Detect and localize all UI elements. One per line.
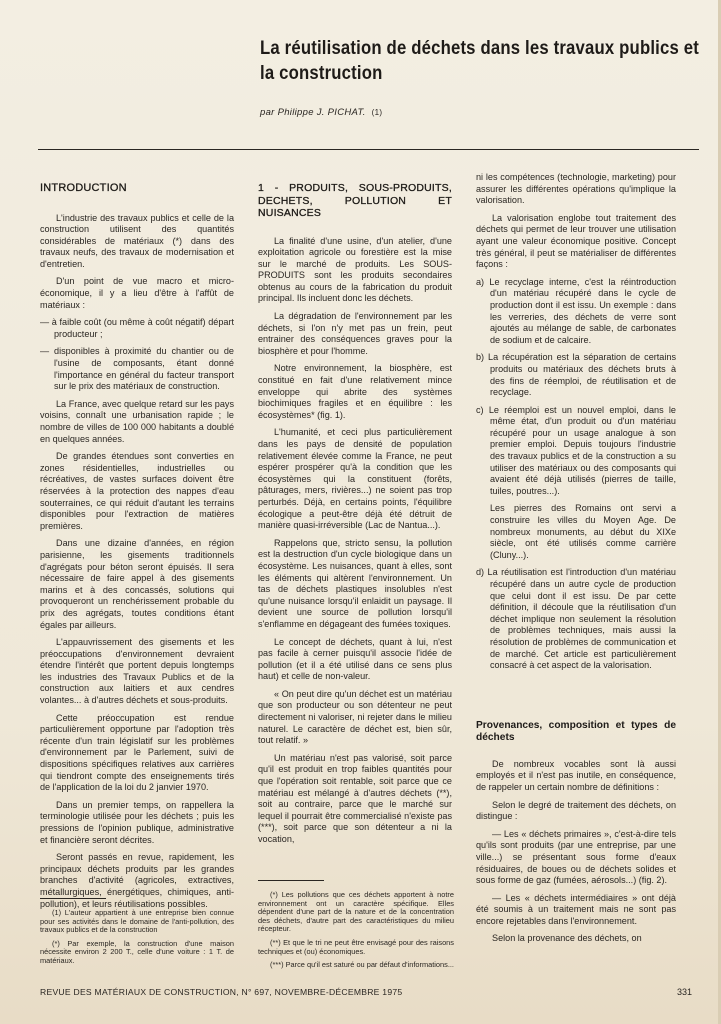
list-item: — disponibles à proximité du chantier ou… [40,346,234,392]
list-item: c) Le réemploi est un nouvel emploi, dan… [476,405,676,498]
paragraph: — Les « déchets intermédiaires » ont déj… [476,893,676,928]
footnote-divider [40,898,106,899]
paragraph: La dégradation de l'environnement par le… [258,311,452,357]
list-item: d) La réutilisation est l'introduction d… [476,567,676,671]
paragraph: L'industrie des travaux publics et celle… [40,213,234,271]
article-byline: par Philippe J. PICHAT.(1) [260,107,382,118]
paragraph: La valorisation englobe tout traitement … [476,213,676,271]
paragraph: Les pierres des Romains ont servi a cons… [490,503,676,561]
paragraph: Dans une dizaine d'années, en région par… [40,538,234,631]
paragraph: ni les compétences (technologie, marketi… [476,172,676,207]
author-footnote-ref: (1) [372,108,383,117]
paragraph: L'appauvrissement des gisements et les p… [40,637,234,707]
list-item: a) Le recyclage interne, c'est la réintr… [476,277,676,347]
paragraph: La France, avec quelque retard sur les p… [40,399,234,445]
footnotes-column-1: (1) L'auteur appartient à une entreprise… [40,898,234,971]
paragraph: La finalité d'une usine, d'un atelier, d… [258,236,452,306]
paragraph: — Les « déchets primaires », c'est-à-dir… [476,829,676,887]
list-item: b) La récupération est la séparation de … [476,352,676,398]
paragraph: Selon la provenance des déchets, on [476,933,676,945]
document-page: La réutilisation de déchets dans les tra… [0,0,721,1024]
section-heading-produits: 1 - PRODUITS, SOUS-PRODUITS, DECHETS, PO… [258,182,452,220]
article-title: La réutilisation de déchets dans les tra… [260,36,700,86]
subsection-heading-provenances: Provenances, composition et types de déc… [476,720,676,745]
footnotes-column-2: (*) Les pollutions que ces déchets appor… [258,880,454,975]
paragraph: Dans un premier temps, on rappellera la … [40,800,234,846]
footnote: (1) L'auteur appartient à une entreprise… [40,909,234,935]
list-item: — à faible coût (ou même à coût négatif)… [40,317,234,340]
section-heading-introduction: INTRODUCTION [40,182,234,195]
column-2: 1 - PRODUITS, SOUS-PRODUITS, DECHETS, PO… [258,176,452,852]
column-1: INTRODUCTION L'industrie des travaux pub… [40,176,234,916]
paragraph: Un matériau n'est pas valorisé, soit par… [258,753,452,846]
paragraph: Notre environnement, la biosphère, est c… [258,363,452,421]
header-divider [38,149,699,150]
footnote: (**) Et que le tri ne peut être envisagé… [258,939,454,956]
page-number: 331 [677,987,692,997]
column-3: ni les compétences (technologie, marketi… [476,172,676,951]
paragraph: De nombreux vocables sont là aussi emplo… [476,759,676,794]
paragraph: Le concept de déchets, quant à lui, n'es… [258,637,452,683]
footnote: (*) Par exemple, la construction d'une m… [40,940,234,966]
paragraph: « On peut dire qu'un déchet est un matér… [258,689,452,747]
paragraph: L'humanité, et ceci plus particulièremen… [258,427,452,531]
paragraph: De grandes étendues sont converties en z… [40,451,234,532]
footnote-divider [258,880,324,881]
paragraph: Cette préoccupation est rendue particuli… [40,713,234,794]
paragraph: Rappelons que, stricto sensu, la polluti… [258,538,452,631]
paragraph: Selon le degré de traitement des déchets… [476,800,676,823]
footnote: (*) Les pollutions que ces déchets appor… [258,891,454,934]
journal-footer: REVUE DES MATÉRIAUX DE CONSTRUCTION, N° … [40,987,402,997]
footnote: (***) Parce qu'il est saturé ou par défa… [258,961,454,970]
author-name: par Philippe J. PICHAT. [260,107,366,118]
paragraph: D'un point de vue macro et micro-économi… [40,276,234,311]
